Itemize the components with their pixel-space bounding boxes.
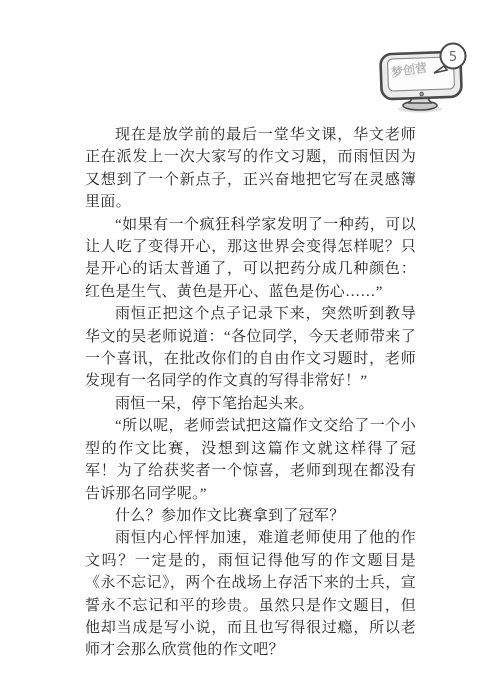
story-paragraph: 现在是放学前的最后一堂华文课，华文老师正在派发上一次大家写的作文习题，而雨恒因为…	[85, 124, 416, 214]
chapter-marker: 梦创营 5	[378, 42, 478, 114]
story-paragraph: 雨恒内心怦怦加速，难道老师使用了他的作文吗？一定是的，雨恒记得他写的作文题目是《…	[85, 527, 416, 661]
story-paragraph: 雨恒正把这个点子记录下来，突然听到教导华文的吴老师说道：“各位同学，今天老师带来…	[85, 303, 416, 393]
story-paragraph: 什么？参加作文比赛拿到了冠军？	[85, 505, 416, 527]
tv-monitor-icon: 梦创营 5	[378, 42, 478, 114]
story-paragraph: “所以呢，老师尝试把这篇作文交给了一个小型的作文比赛，没想到这篇作文就这样得了冠…	[85, 415, 416, 505]
story-paragraph: 雨恒一呆，停下笔抬起头来。	[85, 393, 416, 415]
story-paragraph: “如果有一个疯狂科学家发明了一种药，可以让人吃了变得开心，那这世界会变得怎样呢？…	[85, 214, 416, 304]
power-button-icon	[420, 92, 424, 96]
page-number-text: 5	[449, 50, 457, 65]
book-page: 梦创营 5 现在是放学前的最后一堂华文课，华文老师正在派发上一次大家写的作文习题…	[0, 0, 500, 700]
story-text: 现在是放学前的最后一堂华文课，华文老师正在派发上一次大家写的作文习题，而雨恒因为…	[85, 124, 416, 662]
